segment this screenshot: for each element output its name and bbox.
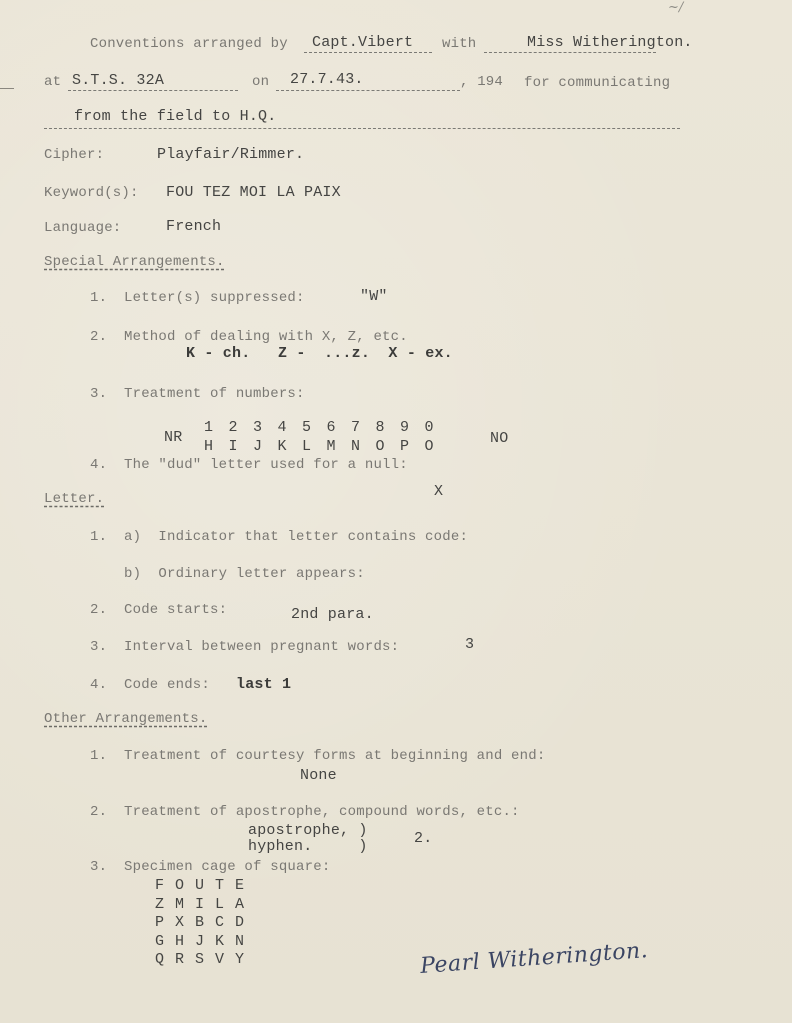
square-cell: M bbox=[175, 896, 184, 913]
square-cell: A bbox=[235, 896, 244, 913]
letter-item-2-num: 2. bbox=[90, 602, 107, 618]
number-letter: N bbox=[351, 438, 360, 455]
with-name: Miss Witherington. bbox=[527, 34, 693, 51]
language-label: Language: bbox=[44, 220, 121, 236]
square-cell: R bbox=[175, 951, 184, 968]
with-name-line bbox=[484, 52, 656, 53]
square-cell: Q bbox=[155, 951, 164, 968]
location: S.T.S. 32A bbox=[72, 72, 164, 89]
at-label: at bbox=[44, 74, 61, 90]
special-item-1-value: "W" bbox=[360, 288, 388, 305]
square-cell: L bbox=[215, 896, 224, 913]
other-item-1-label: Treatment of courtesy forms at beginning… bbox=[124, 748, 545, 764]
keywords-label: Keyword(s): bbox=[44, 185, 139, 201]
square-cell: D bbox=[235, 914, 244, 931]
number-digit: 9 bbox=[400, 419, 409, 436]
with-label: with bbox=[442, 36, 476, 52]
square-cell: I bbox=[195, 896, 204, 913]
number-letter: P bbox=[400, 438, 409, 455]
other-item-1-value: None bbox=[300, 767, 337, 784]
special-item-1-label: Letter(s) suppressed: bbox=[124, 290, 305, 306]
square-cell: Z bbox=[155, 896, 164, 913]
other-item-2-num: 2. bbox=[90, 804, 107, 820]
document-page bbox=[0, 0, 792, 1023]
number-digit: 6 bbox=[327, 419, 336, 436]
letter-item-1-num: 1. bbox=[90, 529, 107, 545]
square-cell: B bbox=[195, 914, 204, 931]
square-cell: E bbox=[235, 877, 244, 894]
arranged-by: Capt.Vibert bbox=[312, 34, 413, 51]
square-cell: F bbox=[155, 877, 164, 894]
special-heading: Special Arrangements. bbox=[44, 254, 225, 270]
cipher-value: Playfair/Rimmer. bbox=[157, 146, 304, 163]
letter-item-3-label: Interval between pregnant words: bbox=[124, 639, 399, 655]
letter-item-1b-label: b) Ordinary letter appears: bbox=[124, 566, 365, 582]
year-suffix: , 194 bbox=[460, 74, 503, 90]
square-cell: K bbox=[215, 933, 224, 950]
square-cell: T bbox=[215, 877, 224, 894]
date: 27.7.43. bbox=[290, 71, 364, 88]
square-cell: C bbox=[215, 914, 224, 931]
location-line bbox=[68, 90, 238, 91]
square-cell: H bbox=[175, 933, 184, 950]
number-letter: I bbox=[229, 438, 238, 455]
square-cell: Y bbox=[235, 951, 244, 968]
keywords-value: FOU TEZ MOI LA PAIX bbox=[166, 184, 341, 201]
special-item-2-num: 2. bbox=[90, 329, 107, 345]
letter-item-1a-label: a) Indicator that letter contains code: bbox=[124, 529, 468, 545]
number-letter: H bbox=[204, 438, 213, 455]
purpose-line bbox=[44, 128, 680, 129]
number-letter: L bbox=[302, 438, 311, 455]
number-digit: 7 bbox=[351, 419, 360, 436]
square-cell: X bbox=[175, 914, 184, 931]
square-cell: S bbox=[195, 951, 204, 968]
special-item-4-label: The "dud" letter used for a null: bbox=[124, 457, 408, 473]
pencil-annotation: ~/ bbox=[668, 0, 683, 15]
special-item-4-value: X bbox=[434, 483, 443, 500]
letter-item-3-num: 3. bbox=[90, 639, 107, 655]
other-item-1-num: 1. bbox=[90, 748, 107, 764]
number-digit: 2 bbox=[229, 419, 238, 436]
square-cell: G bbox=[155, 933, 164, 950]
letter-heading: Letter. bbox=[44, 491, 104, 507]
special-item-3-label: Treatment of numbers: bbox=[124, 386, 305, 402]
number-digit: 4 bbox=[278, 419, 287, 436]
number-letter: O bbox=[376, 438, 385, 455]
square-cell: O bbox=[175, 877, 184, 894]
letter-item-4-label: Code ends: bbox=[124, 677, 210, 693]
number-letter: J bbox=[253, 438, 262, 455]
number-digit: 0 bbox=[425, 419, 434, 436]
letter-item-4-value: last 1 bbox=[236, 676, 291, 693]
special-item-1-num: 1. bbox=[90, 290, 107, 306]
numbers-start: NR bbox=[164, 429, 182, 446]
arranged-by-line bbox=[304, 52, 432, 53]
number-letter: K bbox=[278, 438, 287, 455]
number-digit: 8 bbox=[376, 419, 385, 436]
purpose-label: for communicating bbox=[524, 75, 670, 91]
letter-item-2-value: 2nd para. bbox=[291, 606, 374, 623]
number-letter: M bbox=[327, 438, 336, 455]
number-digit: 3 bbox=[253, 419, 262, 436]
special-item-2-value: K - ch. Z - ...z. X - ex. bbox=[186, 345, 453, 362]
square-cell: V bbox=[215, 951, 224, 968]
purpose: from the field to H.Q. bbox=[74, 108, 276, 125]
number-digit: 5 bbox=[302, 419, 311, 436]
special-item-4-num: 4. bbox=[90, 457, 107, 473]
square-cell: U bbox=[195, 877, 204, 894]
square-cell: J bbox=[195, 933, 204, 950]
numbers-end: NO bbox=[490, 430, 508, 447]
number-digit: 1 bbox=[204, 419, 213, 436]
square-cell: N bbox=[235, 933, 244, 950]
other-heading: Other Arrangements. bbox=[44, 711, 207, 727]
other-item-2-label: Treatment of apostrophe, compound words,… bbox=[124, 804, 520, 820]
letter-item-3-value: 3 bbox=[465, 636, 474, 653]
square-cell: P bbox=[155, 914, 164, 931]
margin-mark bbox=[0, 88, 14, 89]
cipher-label: Cipher: bbox=[44, 147, 104, 163]
special-item-3-num: 3. bbox=[90, 386, 107, 402]
header-prefix: Conventions arranged by bbox=[90, 36, 288, 52]
letter-item-4-num: 4. bbox=[90, 677, 107, 693]
other-item-3-label: Specimen cage of square: bbox=[124, 859, 330, 875]
other-item-3-num: 3. bbox=[90, 859, 107, 875]
special-item-2-label: Method of dealing with X, Z, etc. bbox=[124, 329, 408, 345]
number-letter: O bbox=[425, 438, 434, 455]
letter-item-2-label: Code starts: bbox=[124, 602, 227, 618]
other-item-2-value-line-1: apostrophe, ) bbox=[248, 822, 368, 839]
other-item-2-value-side: 2. bbox=[414, 830, 432, 847]
language-value: French bbox=[166, 218, 221, 235]
other-item-2-value-line-2: hyphen. ) bbox=[248, 838, 368, 855]
date-line bbox=[276, 90, 460, 91]
on-label: on bbox=[252, 74, 269, 90]
